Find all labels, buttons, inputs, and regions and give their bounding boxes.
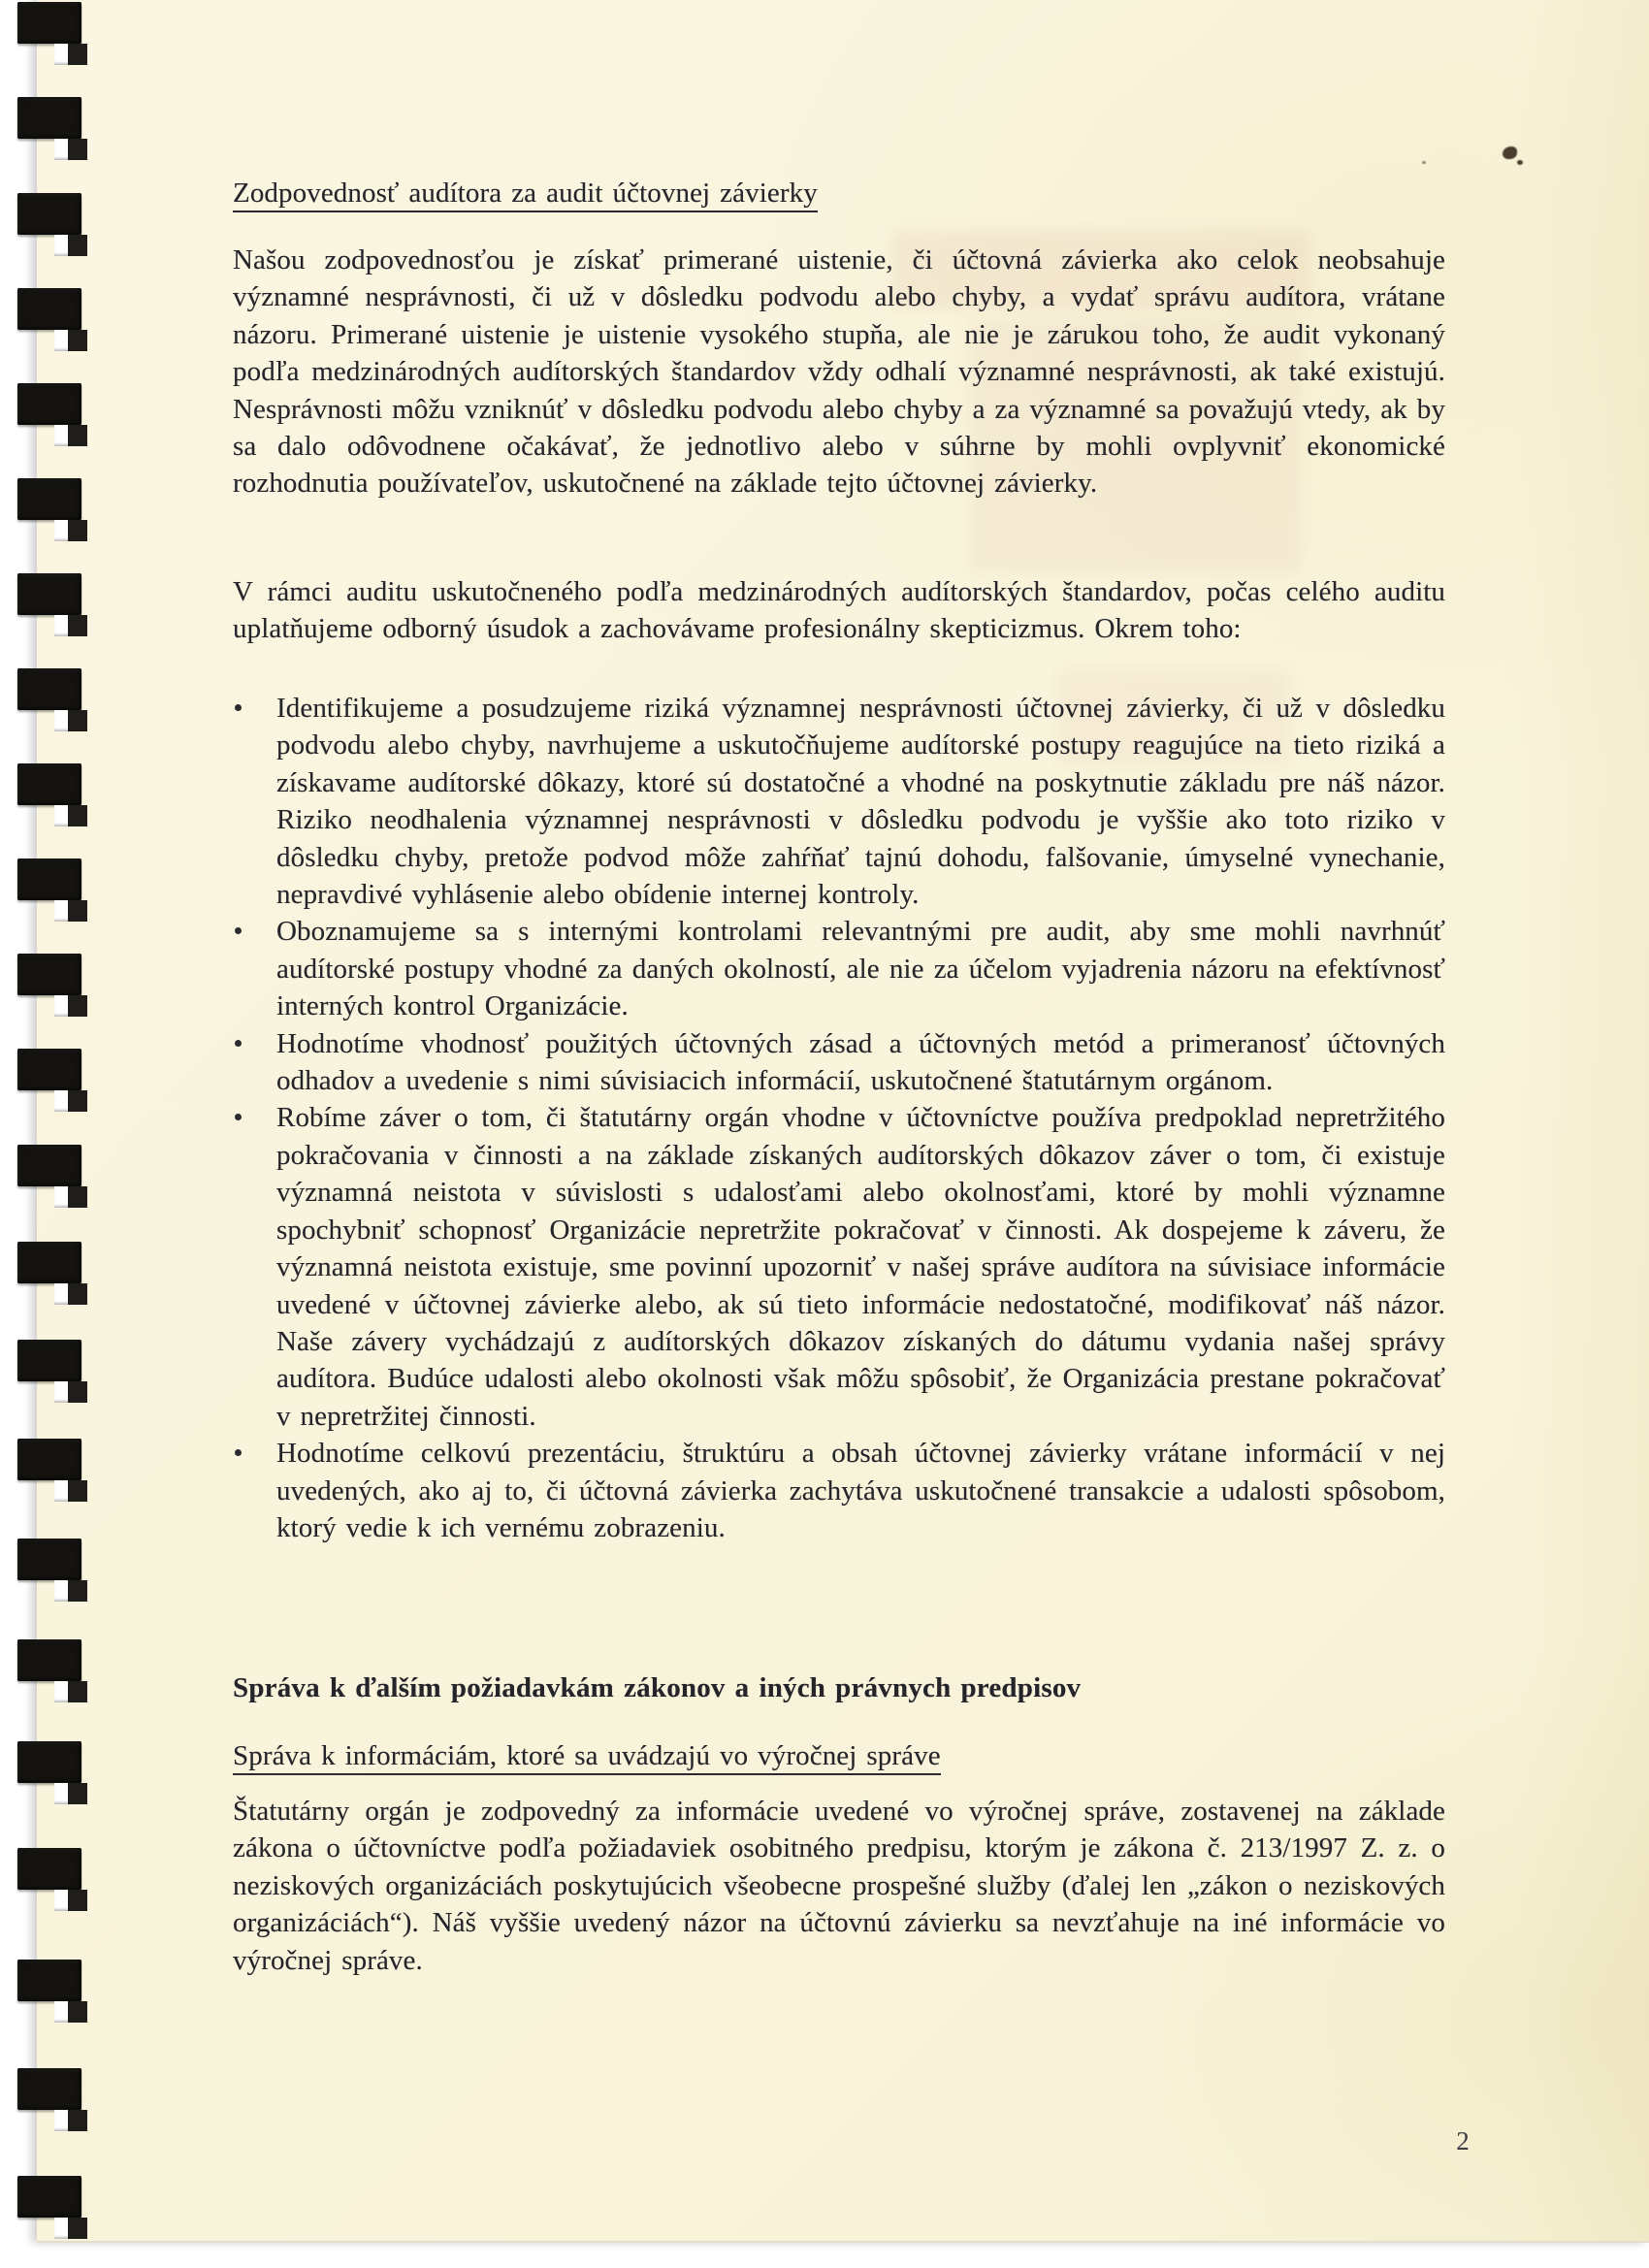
binding-punch-slot [54,615,87,636]
binding-punch-slot [54,44,87,65]
bullet-dot-icon [235,927,242,934]
binding-punch-slot [54,139,87,160]
list-item-text: Hodnotíme vhodnosť použitých účtovných z… [276,1028,1445,1096]
binding-slot-shadow [68,615,87,636]
list-item-text: Identifikujeme a posudzujeme riziká význ… [276,693,1445,910]
binding-tooth [17,1960,81,2001]
binding-slot-shadow [68,2001,87,2023]
list-item: Robíme záver o tom, či štatutárny orgán … [233,1099,1445,1435]
binding-tooth [17,1848,81,1890]
binding-tooth [17,383,81,425]
binding-slot-shadow [68,1783,87,1804]
binding-tooth [17,763,81,805]
binding-slot-shadow [68,1283,87,1305]
bullet-dot-icon [235,1040,242,1047]
section-heading-other-legal-requirements: Správa k ďalším požiadavkám zákonov a in… [233,1669,1445,1706]
binding-punch-slot [54,995,87,1017]
binding-punch-slot [54,1580,87,1602]
binding-slot-shadow [68,1681,87,1702]
binding-slot-shadow [68,995,87,1017]
binding-punch-slot [54,2218,87,2239]
binding-slot-shadow [68,1186,87,1208]
binding-punch-slot [54,425,87,446]
binding-tooth [17,478,81,520]
binding-punch-slot [54,2110,87,2131]
binding-slot-shadow [68,805,87,826]
binding-tooth [17,97,81,139]
binding-tooth [17,2068,81,2110]
binding-punch-slot [54,1090,87,1112]
bullet-dot-icon [235,704,242,711]
binding-slot-shadow [68,425,87,446]
binding-punch-slot [54,900,87,922]
section-heading-annual-report-information: Správa k informáciám, ktoré sa uvádzajú … [233,1737,1445,1774]
list-item-text: Hodnotíme celkovú prezentáciu, štruktúru… [276,1438,1445,1543]
binding-slot-shadow [68,330,87,351]
binding-tooth [17,1539,81,1580]
binding-tooth [17,1439,81,1480]
binding-punch-slot [54,1783,87,1804]
binding-punch-slot [54,1480,87,1502]
bullet-dot-icon [235,1114,242,1120]
binding-tooth [17,668,81,710]
page-number: 2 [1434,2126,1492,2156]
binding-tooth [17,288,81,330]
binding-tooth [17,2176,81,2218]
binding-slot-shadow [68,1580,87,1602]
paragraph-annual-report: Štatutárny orgán je zodpovedný za inform… [233,1793,1445,1979]
binding-punch-slot [54,2001,87,2023]
list-item: Identifikujeme a posudzujeme riziká význ… [233,690,1445,913]
binding-slot-shadow [68,1890,87,1911]
binding-tooth [17,2,81,44]
list-item: Oboznamujeme sa s internými kontrolami r… [233,913,1445,1024]
section-heading-text: Správa k informáciám, ktoré sa uvádzajú … [233,1740,941,1775]
comb-binding [0,0,126,2241]
binding-punch-slot [54,520,87,541]
binding-tooth [17,1340,81,1381]
binding-slot-shadow [68,1381,87,1403]
binding-tooth [17,1639,81,1681]
list-item-text: Robíme záver o tom, či štatutárny orgán … [276,1102,1445,1431]
binding-punch-slot [54,1283,87,1305]
binding-punch-slot [54,1381,87,1403]
list-item: Hodnotíme vhodnosť použitých účtovných z… [233,1025,1445,1100]
binding-slot-shadow [68,2110,87,2131]
binding-slot-shadow [68,2218,87,2239]
ink-speck-artifact [1517,160,1523,165]
binding-slot-shadow [68,139,87,160]
binding-slot-shadow [68,235,87,256]
binding-tooth [17,573,81,615]
scanned-audit-report-page: { "colors": { "paper": "#f9f4dc", "ink":… [0,0,1649,2268]
paper-edge-shading [1513,0,1649,2241]
bullet-list-audit-procedures: Identifikujeme a posudzujeme riziká význ… [233,690,1445,1546]
binding-punch-slot [54,1890,87,1911]
binding-punch-slot [54,235,87,256]
section-heading-auditor-responsibility: Zodpovednosť audítora za audit účtovnej … [233,175,1445,211]
binding-punch-slot [54,330,87,351]
bullet-dot-icon [235,1449,242,1456]
binding-slot-shadow [68,44,87,65]
binding-punch-slot [54,710,87,731]
binding-tooth [17,193,81,235]
binding-tooth [17,954,81,995]
binding-slot-shadow [68,900,87,922]
section-heading-text: Zodpovednosť audítora za audit účtovnej … [233,178,818,212]
ink-speck-artifact [1422,161,1426,164]
binding-tooth [17,1049,81,1090]
binding-tooth [17,1145,81,1186]
list-item-text: Oboznamujeme sa s internými kontrolami r… [276,916,1445,1021]
binding-tooth [17,1242,81,1283]
binding-punch-slot [54,1186,87,1208]
paragraph-professional-judgement: V rámci auditu uskutočneného podľa medzi… [233,573,1445,648]
binding-punch-slot [54,1681,87,1702]
binding-slot-shadow [68,710,87,731]
ink-speck-artifact [1503,146,1517,159]
binding-slot-shadow [68,520,87,541]
binding-tooth [17,859,81,900]
paragraph-responsibility: Našou zodpovednosťou je získať primerané… [233,242,1445,502]
binding-slot-shadow [68,1480,87,1502]
binding-tooth [17,1741,81,1783]
binding-punch-slot [54,805,87,826]
binding-slot-shadow [68,1090,87,1112]
list-item: Hodnotíme celkovú prezentáciu, štruktúru… [233,1435,1445,1546]
